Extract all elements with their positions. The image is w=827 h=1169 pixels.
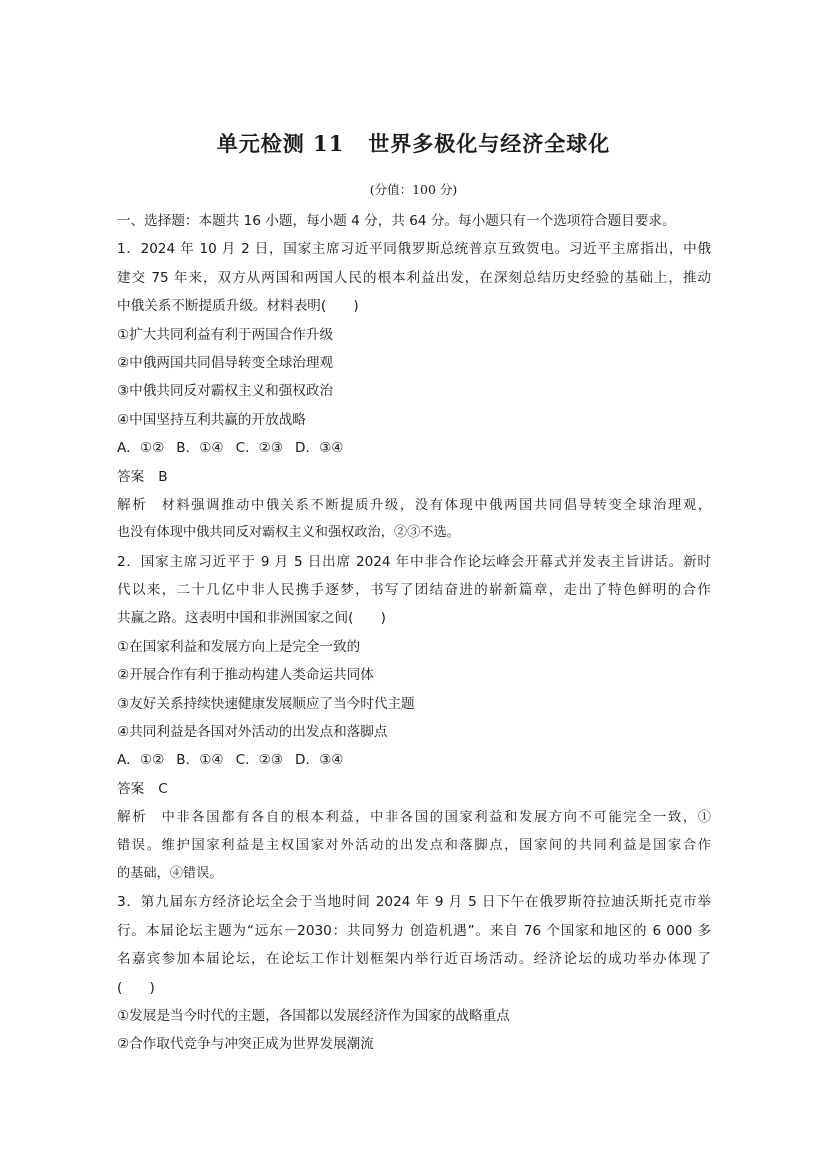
choice-b: B．①④ bbox=[176, 746, 223, 774]
analysis-line: 错误。维护国家利益是主权国家对外活动的出发点和落脚点，国家间的共同利益是国家合作 bbox=[117, 832, 711, 860]
analysis-line: 的基础，④错误。 bbox=[117, 860, 711, 888]
analysis-text: 材料强调推动中俄关系不断提质升级，没有体现中俄两国共同倡导转变全球治理观， bbox=[162, 498, 711, 513]
statement: ①发展是当今时代的主题，各国都以发展经济作为国家的战略重点 bbox=[117, 1002, 711, 1030]
statement: ②中俄两国共同倡导转变全球治理观 bbox=[117, 349, 711, 377]
question-stem-line: 名嘉宾参加本届论坛，在论坛工作计划框架内举行近百场活动。经济论坛的成功举办体现了 bbox=[117, 945, 711, 973]
question-stem-line: 2．国家主席习近平于 9 月 5 日出席 2024 年中非合作论坛峰会开幕式并发… bbox=[117, 548, 711, 576]
analysis-line: 解析材料强调推动中俄关系不断提质升级，没有体现中俄两国共同倡导转变全球治理观， bbox=[117, 491, 711, 519]
analysis-label: 解析 bbox=[117, 497, 148, 513]
score-note: (分值：100 分) bbox=[0, 180, 827, 198]
answer-line: 答案B bbox=[117, 463, 711, 491]
analysis-line: 也没有体现中俄共同反对霸权主义和强权政治，②③不选。 bbox=[117, 519, 711, 547]
document-page: 单元检测 11世界多极化与经济全球化 (分值：100 分) 一、选择题：本题共 … bbox=[0, 0, 827, 1169]
question-stem-line: ( ) bbox=[117, 974, 711, 1002]
choice-d: D．③④ bbox=[295, 746, 343, 774]
title-main: 世界多极化与经济全球化 bbox=[368, 131, 610, 156]
title-prefix: 单元检测 11 bbox=[217, 131, 345, 156]
choice-d: D．③④ bbox=[295, 434, 343, 462]
question-stem-line: 中俄关系不断提质升级。材料表明( ) bbox=[117, 292, 711, 320]
section-heading: 一、选择题：本题共 16 小题，每小题 4 分，共 64 分。每小题只有一个选项… bbox=[117, 207, 711, 235]
statement: ④共同利益是各国对外活动的出发点和落脚点 bbox=[117, 718, 711, 746]
statement: ①扩大共同利益有利于两国合作升级 bbox=[117, 321, 711, 349]
choice-a: A．①② bbox=[117, 434, 164, 462]
statement: ③中俄共同反对霸权主义和强权政治 bbox=[117, 377, 711, 405]
question-3: 3．第九届东方经济论坛全会于当地时间 2024 年 9 月 5 日下午在俄罗斯符… bbox=[117, 888, 711, 1058]
answer-line: 答案C bbox=[117, 775, 711, 803]
question-stem-line: 建交 75 年来，双方从两国和两国人民的根本利益出发，在深刻总结历史经验的基础上… bbox=[117, 264, 711, 292]
page-title: 单元检测 11世界多极化与经济全球化 bbox=[0, 128, 827, 158]
question-stem-line: 3．第九届东方经济论坛全会于当地时间 2024 年 9 月 5 日下午在俄罗斯符… bbox=[117, 888, 711, 916]
statement: ④中国坚持互利共赢的开放战略 bbox=[117, 406, 711, 434]
choice-a: A．①② bbox=[117, 746, 164, 774]
analysis-label: 解析 bbox=[117, 809, 148, 825]
statement: ②合作取代竞争与冲突正成为世界发展潮流 bbox=[117, 1030, 711, 1058]
question-stem-line: 共赢之路。这表明中国和非洲国家之间( ) bbox=[117, 604, 711, 632]
question-2: 2．国家主席习近平于 9 月 5 日出席 2024 年中非合作论坛峰会开幕式并发… bbox=[117, 548, 711, 889]
answer-value: C bbox=[158, 781, 168, 797]
answer-value: B bbox=[158, 469, 167, 485]
choice-b: B．①④ bbox=[176, 434, 223, 462]
document-body: 一、选择题：本题共 16 小题，每小题 4 分，共 64 分。每小题只有一个选项… bbox=[117, 207, 711, 1059]
analysis-text: 中非各国都有各自的根本利益，中非各国的国家利益和发展方向不可能完全一致，① bbox=[162, 810, 711, 825]
question-stem-line: 行。本届论坛主题为“远东－2030：共同努力 创造机遇”。来自 76 个国家和地… bbox=[117, 917, 711, 945]
answer-choices: A．①②B．①④C．②③D．③④ bbox=[117, 434, 711, 462]
answer-choices: A．①②B．①④C．②③D．③④ bbox=[117, 746, 711, 774]
analysis-line: 解析中非各国都有各自的根本利益，中非各国的国家利益和发展方向不可能完全一致，① bbox=[117, 803, 711, 831]
statement: ②开展合作有利于推动构建人类命运共同体 bbox=[117, 661, 711, 689]
question-stem-line: 代以来，二十几亿中非人民携手逐梦，书写了团结奋进的崭新篇章，走出了特色鲜明的合作 bbox=[117, 576, 711, 604]
choice-c: C．②③ bbox=[236, 746, 283, 774]
question-stem-line: 1．2024 年 10 月 2 日，国家主席习近平同俄罗斯总统普京互致贺电。习近… bbox=[117, 235, 711, 263]
statement: ①在国家利益和发展方向上是完全一致的 bbox=[117, 633, 711, 661]
question-1: 1．2024 年 10 月 2 日，国家主席习近平同俄罗斯总统普京互致贺电。习近… bbox=[117, 235, 711, 547]
statement: ③友好关系持续快速健康发展顺应了当今时代主题 bbox=[117, 690, 711, 718]
answer-label: 答案 bbox=[117, 469, 144, 485]
answer-label: 答案 bbox=[117, 781, 144, 797]
choice-c: C．②③ bbox=[236, 434, 283, 462]
